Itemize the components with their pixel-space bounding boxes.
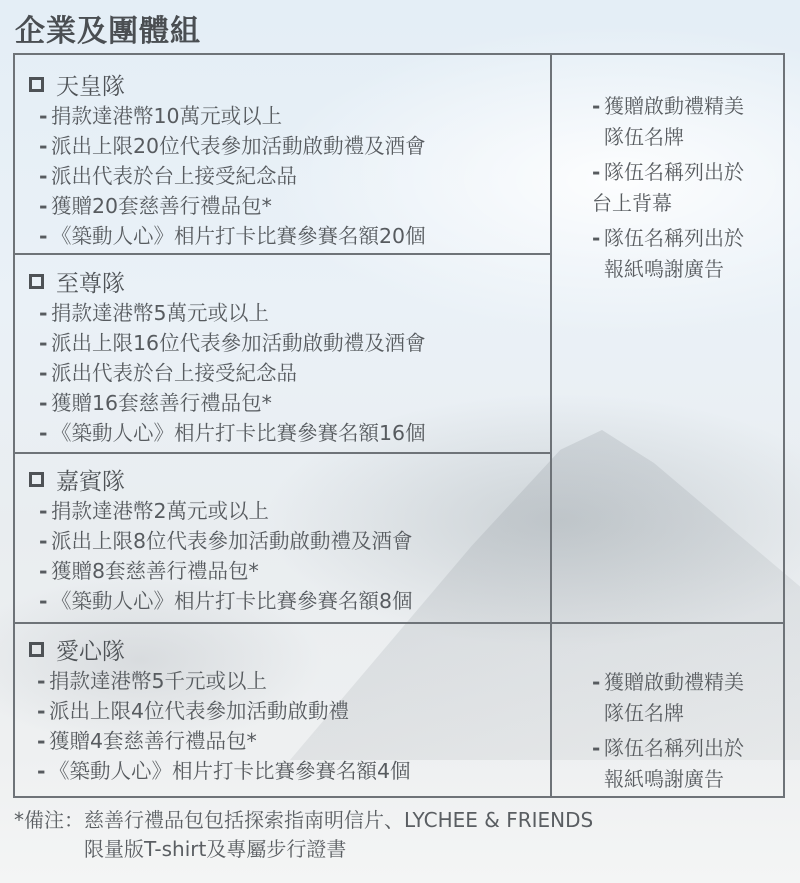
tier-name: 嘉賓隊 — [56, 463, 125, 496]
list-item: 《築動人心》相片打卡比賽參賽名額8個 — [39, 586, 413, 616]
row-divider — [15, 622, 783, 624]
checkbox-icon[interactable] — [29, 274, 44, 289]
checkbox-icon[interactable] — [29, 642, 44, 657]
list-item: 獲贈啟動禮精美 隊伍名牌 — [592, 667, 744, 729]
tier-name: 天皇隊 — [56, 68, 125, 101]
sponsorship-tiers-table: 天皇隊 捐款達港幣10萬元或以上 派出上限20位代表參加活動啟動禮及酒會 派出代… — [13, 53, 785, 798]
footnote-line-2: 限量版T-shirt及專屬步行證書 — [14, 835, 593, 864]
list-item: 捐款達港幣10萬元或以上 — [39, 101, 426, 131]
footnote-label: *備注： — [14, 806, 84, 835]
list-item: 獲贈16套慈善行禮品包* — [39, 388, 426, 418]
tier-name: 愛心隊 — [56, 633, 125, 666]
tier-heading: 天皇隊 — [25, 69, 426, 99]
list-item: 獲贈4套慈善行禮品包* — [37, 726, 411, 756]
list-item: 《築動人心》相片打卡比賽參賽名額4個 — [37, 756, 411, 786]
list-item: 派出上限8位代表參加活動啟動禮及酒會 — [39, 526, 413, 556]
checkbox-icon[interactable] — [29, 77, 44, 92]
tier-heading: 愛心隊 — [25, 634, 411, 664]
tier-heading: 至尊隊 — [25, 266, 426, 296]
shared-benefits-top: 獲贈啟動禮精美 隊伍名牌 隊伍名稱列出於 台上背幕 隊伍名稱列出於 報紙鳴謝廣告 — [592, 91, 744, 289]
shared-benefit-list: 獲贈啟動禮精美 隊伍名牌 隊伍名稱列出於 台上背幕 隊伍名稱列出於 報紙鳴謝廣告 — [592, 91, 744, 285]
list-item: 捐款達港幣5千元或以上 — [37, 666, 411, 696]
list-item: 《築動人心》相片打卡比賽參賽名額16個 — [39, 418, 426, 448]
tier-benefit-list: 捐款達港幣10萬元或以上 派出上限20位代表參加活動啟動禮及酒會 派出代表於台上… — [39, 101, 426, 251]
tier-cell-jiabin: 嘉賓隊 捐款達港幣2萬元或以上 派出上限8位代表參加活動啟動禮及酒會 獲贈8套慈… — [25, 464, 413, 616]
shared-benefit-list: 獲贈啟動禮精美 隊伍名牌 隊伍名稱列出於 報紙鳴謝廣告 — [592, 667, 744, 795]
row-divider — [15, 253, 552, 255]
list-item: 派出上限20位代表參加活動啟動禮及酒會 — [39, 131, 426, 161]
page-title: 企業及團體組 — [15, 6, 201, 50]
list-item: 隊伍名稱列出於 報紙鳴謝廣告 — [592, 733, 744, 795]
shared-benefits-bottom: 獲贈啟動禮精美 隊伍名牌 隊伍名稱列出於 報紙鳴謝廣告 — [592, 667, 744, 799]
list-item: 獲贈20套慈善行禮品包* — [39, 191, 426, 221]
list-item: 獲贈啟動禮精美 隊伍名牌 — [592, 91, 744, 153]
row-divider — [15, 452, 552, 454]
tier-heading: 嘉賓隊 — [25, 464, 413, 494]
list-item: 隊伍名稱列出於 報紙鳴謝廣告 — [592, 223, 744, 285]
tier-cell-tianhuang: 天皇隊 捐款達港幣10萬元或以上 派出上限20位代表參加活動啟動禮及酒會 派出代… — [25, 69, 426, 251]
list-item: 捐款達港幣2萬元或以上 — [39, 496, 413, 526]
column-divider — [550, 55, 552, 796]
tier-cell-aixin: 愛心隊 捐款達港幣5千元或以上 派出上限4位代表參加活動啟動禮 獲贈4套慈善行禮… — [25, 634, 411, 786]
list-item: 獲贈8套慈善行禮品包* — [39, 556, 413, 586]
list-item: 派出上限4位代表參加活動啟動禮 — [37, 696, 411, 726]
tier-name: 至尊隊 — [56, 265, 125, 298]
list-item: 捐款達港幣5萬元或以上 — [39, 298, 426, 328]
list-item: 隊伍名稱列出於 台上背幕 — [592, 157, 744, 219]
list-item: 派出代表於台上接受紀念品 — [39, 161, 426, 191]
footnote-line-1: 慈善行禮品包包括探索指南明信片、LYCHEE & FRIENDS — [84, 808, 593, 832]
list-item: 《築動人心》相片打卡比賽參賽名額20個 — [39, 221, 426, 251]
checkbox-icon[interactable] — [29, 472, 44, 487]
tier-benefit-list: 捐款達港幣5萬元或以上 派出上限16位代表參加活動啟動禮及酒會 派出代表於台上接… — [39, 298, 426, 448]
tier-benefit-list: 捐款達港幣2萬元或以上 派出上限8位代表參加活動啟動禮及酒會 獲贈8套慈善行禮品… — [39, 496, 413, 616]
list-item: 派出上限16位代表參加活動啟動禮及酒會 — [39, 328, 426, 358]
footnote: *備注：慈善行禮品包包括探索指南明信片、LYCHEE & FRIENDS 限量版… — [14, 806, 593, 864]
tier-benefit-list: 捐款達港幣5千元或以上 派出上限4位代表參加活動啟動禮 獲贈4套慈善行禮品包* … — [37, 666, 411, 786]
tier-cell-zhizun: 至尊隊 捐款達港幣5萬元或以上 派出上限16位代表參加活動啟動禮及酒會 派出代表… — [25, 266, 426, 448]
list-item: 派出代表於台上接受紀念品 — [39, 358, 426, 388]
